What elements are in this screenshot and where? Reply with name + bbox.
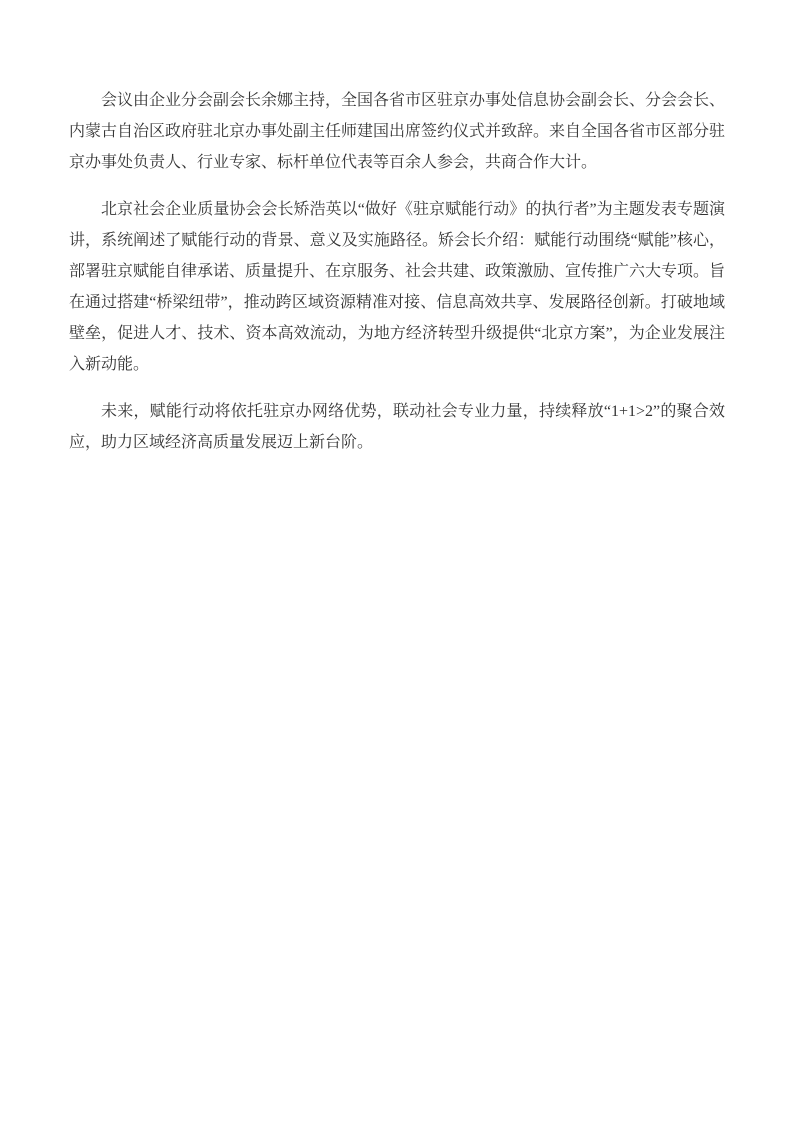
paragraph-keynote-speech: 北京社会企业质量协会会长矫浩英以“做好《驻京赋能行动》的执行者”为主题发表专题演…	[69, 194, 725, 380]
paragraph-meeting-hosts: 会议由企业分会副会长余娜主持，全国各省市区驻京办事处信息协会副会长、分会会长、内…	[69, 85, 725, 178]
paragraph-future-outlook: 未来，赋能行动将依托驻京办网络优势，联动社会专业力量，持续释放“1+1>2”的聚…	[69, 396, 725, 458]
document-page: 会议由企业分会副会长余娜主持，全国各省市区驻京办事处信息协会副会长、分会会长、内…	[0, 0, 794, 1123]
